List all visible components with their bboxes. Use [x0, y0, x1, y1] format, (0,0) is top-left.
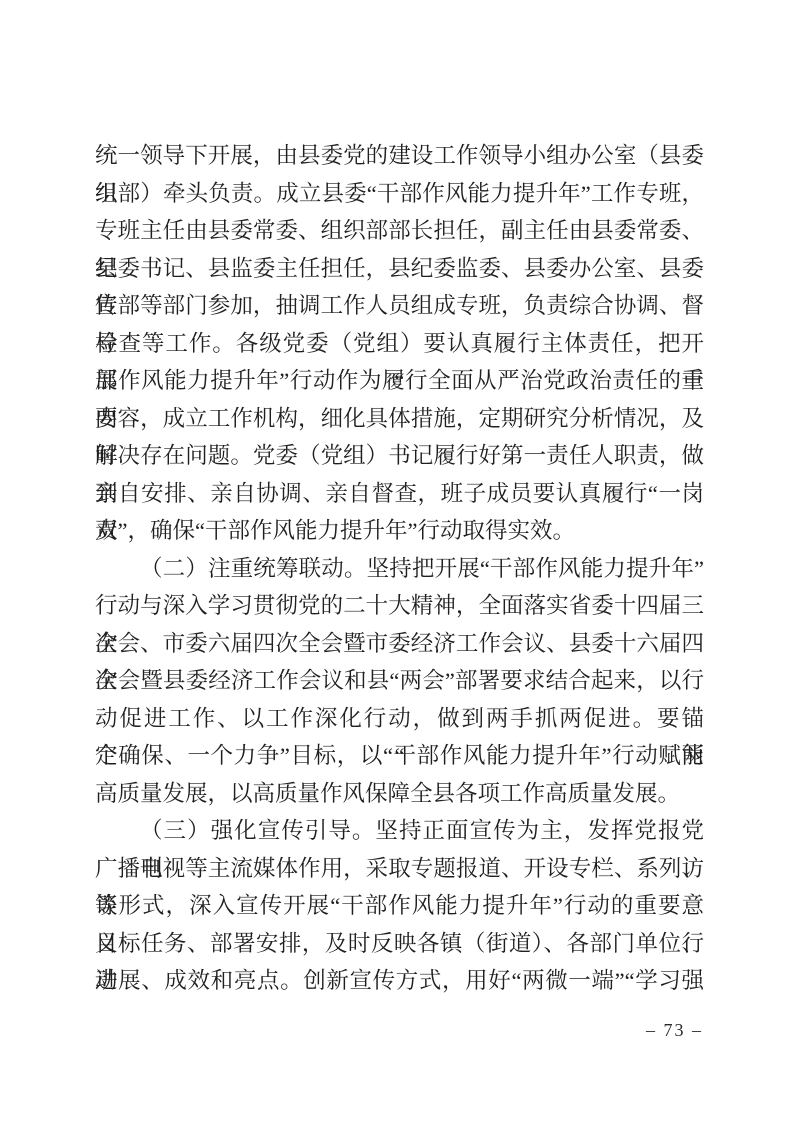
text-line: 解决存在问题。党委（党组）书记履行好第一责任人职责，做到: [95, 437, 704, 475]
text-line: 统一领导下开展，由县委党的建设工作领导小组办公室（县委组: [95, 137, 704, 175]
text-line: 广播电视等主流媒体作用，采取专题报道、开设专栏、系列访谈: [95, 850, 704, 888]
text-line: 内容，成立工作机构，细化具体措施，定期研究分析情况，及时: [95, 400, 704, 438]
text-line: 动促进工作、以工作深化行动，做到两手抓两促进。要锚定“两: [95, 700, 704, 738]
text-line: 进展、成效和亮点。创新宣传方式，用好“两微一端”“学习强: [95, 962, 704, 1000]
text-line: 织部）牵头负责。成立县委“干部作风能力提升年”工作专班，: [95, 175, 704, 213]
text-line: 全会、市委六届四次全会暨市委经济工作会议、县委十六届四次: [95, 625, 704, 663]
text-line: 高质量发展，以高质量作风保障全县各项工作高质量发展。: [95, 775, 704, 813]
text-line: 等形式，深入宣传开展“干部作风能力提升年”行动的重要意义、: [95, 887, 704, 925]
text-line: 亲自安排、亲自协调、亲自督查，班子成员要认真履行“一岗双: [95, 475, 704, 513]
text-line: （三）强化宣传引导。坚持正面宣传为主，发挥党报党刊、: [95, 812, 704, 850]
text-line: 行动与深入学习贯彻党的二十大精神，全面落实省委十四届三次: [95, 587, 704, 625]
text-line: （二）注重统筹联动。坚持把开展“干部作风能力提升年”: [95, 550, 704, 588]
text-line: 部作风能力提升年”行动作为履行全面从严治党政治责任的重要: [95, 362, 704, 400]
text-line: 责”，确保“干部作风能力提升年”行动取得实效。: [95, 512, 704, 550]
document-page: 统一领导下开展，由县委党的建设工作领导小组办公室（县委组织部）牵头负责。成立县委…: [0, 0, 793, 1122]
text-line: 专班主任由县委常委、组织部部长担任，副主任由县委常委、县: [95, 212, 704, 250]
page-number: – 73 –: [646, 1020, 703, 1041]
document-body: 统一领导下开展，由县委党的建设工作领导小组办公室（县委组织部）牵头负责。成立县委…: [95, 137, 704, 1000]
text-line: 检查等工作。各级党委（党组）要认真履行主体责任，把开展“干: [95, 325, 704, 363]
text-line: 纪委书记、县监委主任担任，县纪委监委、县委办公室、县委宣: [95, 250, 704, 288]
text-line: 个确保、一个力争”目标，以“干部作风能力提升年”行动赋能: [95, 737, 704, 775]
text-line: 全会暨县委经济工作会议和县“两会”部署要求结合起来，以行: [95, 662, 704, 700]
text-line: 传部等部门参加，抽调工作人员组成专班，负责综合协调、督导: [95, 287, 704, 325]
text-line: 目标任务、部署安排，及时反映各镇（街道）、各部门单位行动: [95, 925, 704, 963]
